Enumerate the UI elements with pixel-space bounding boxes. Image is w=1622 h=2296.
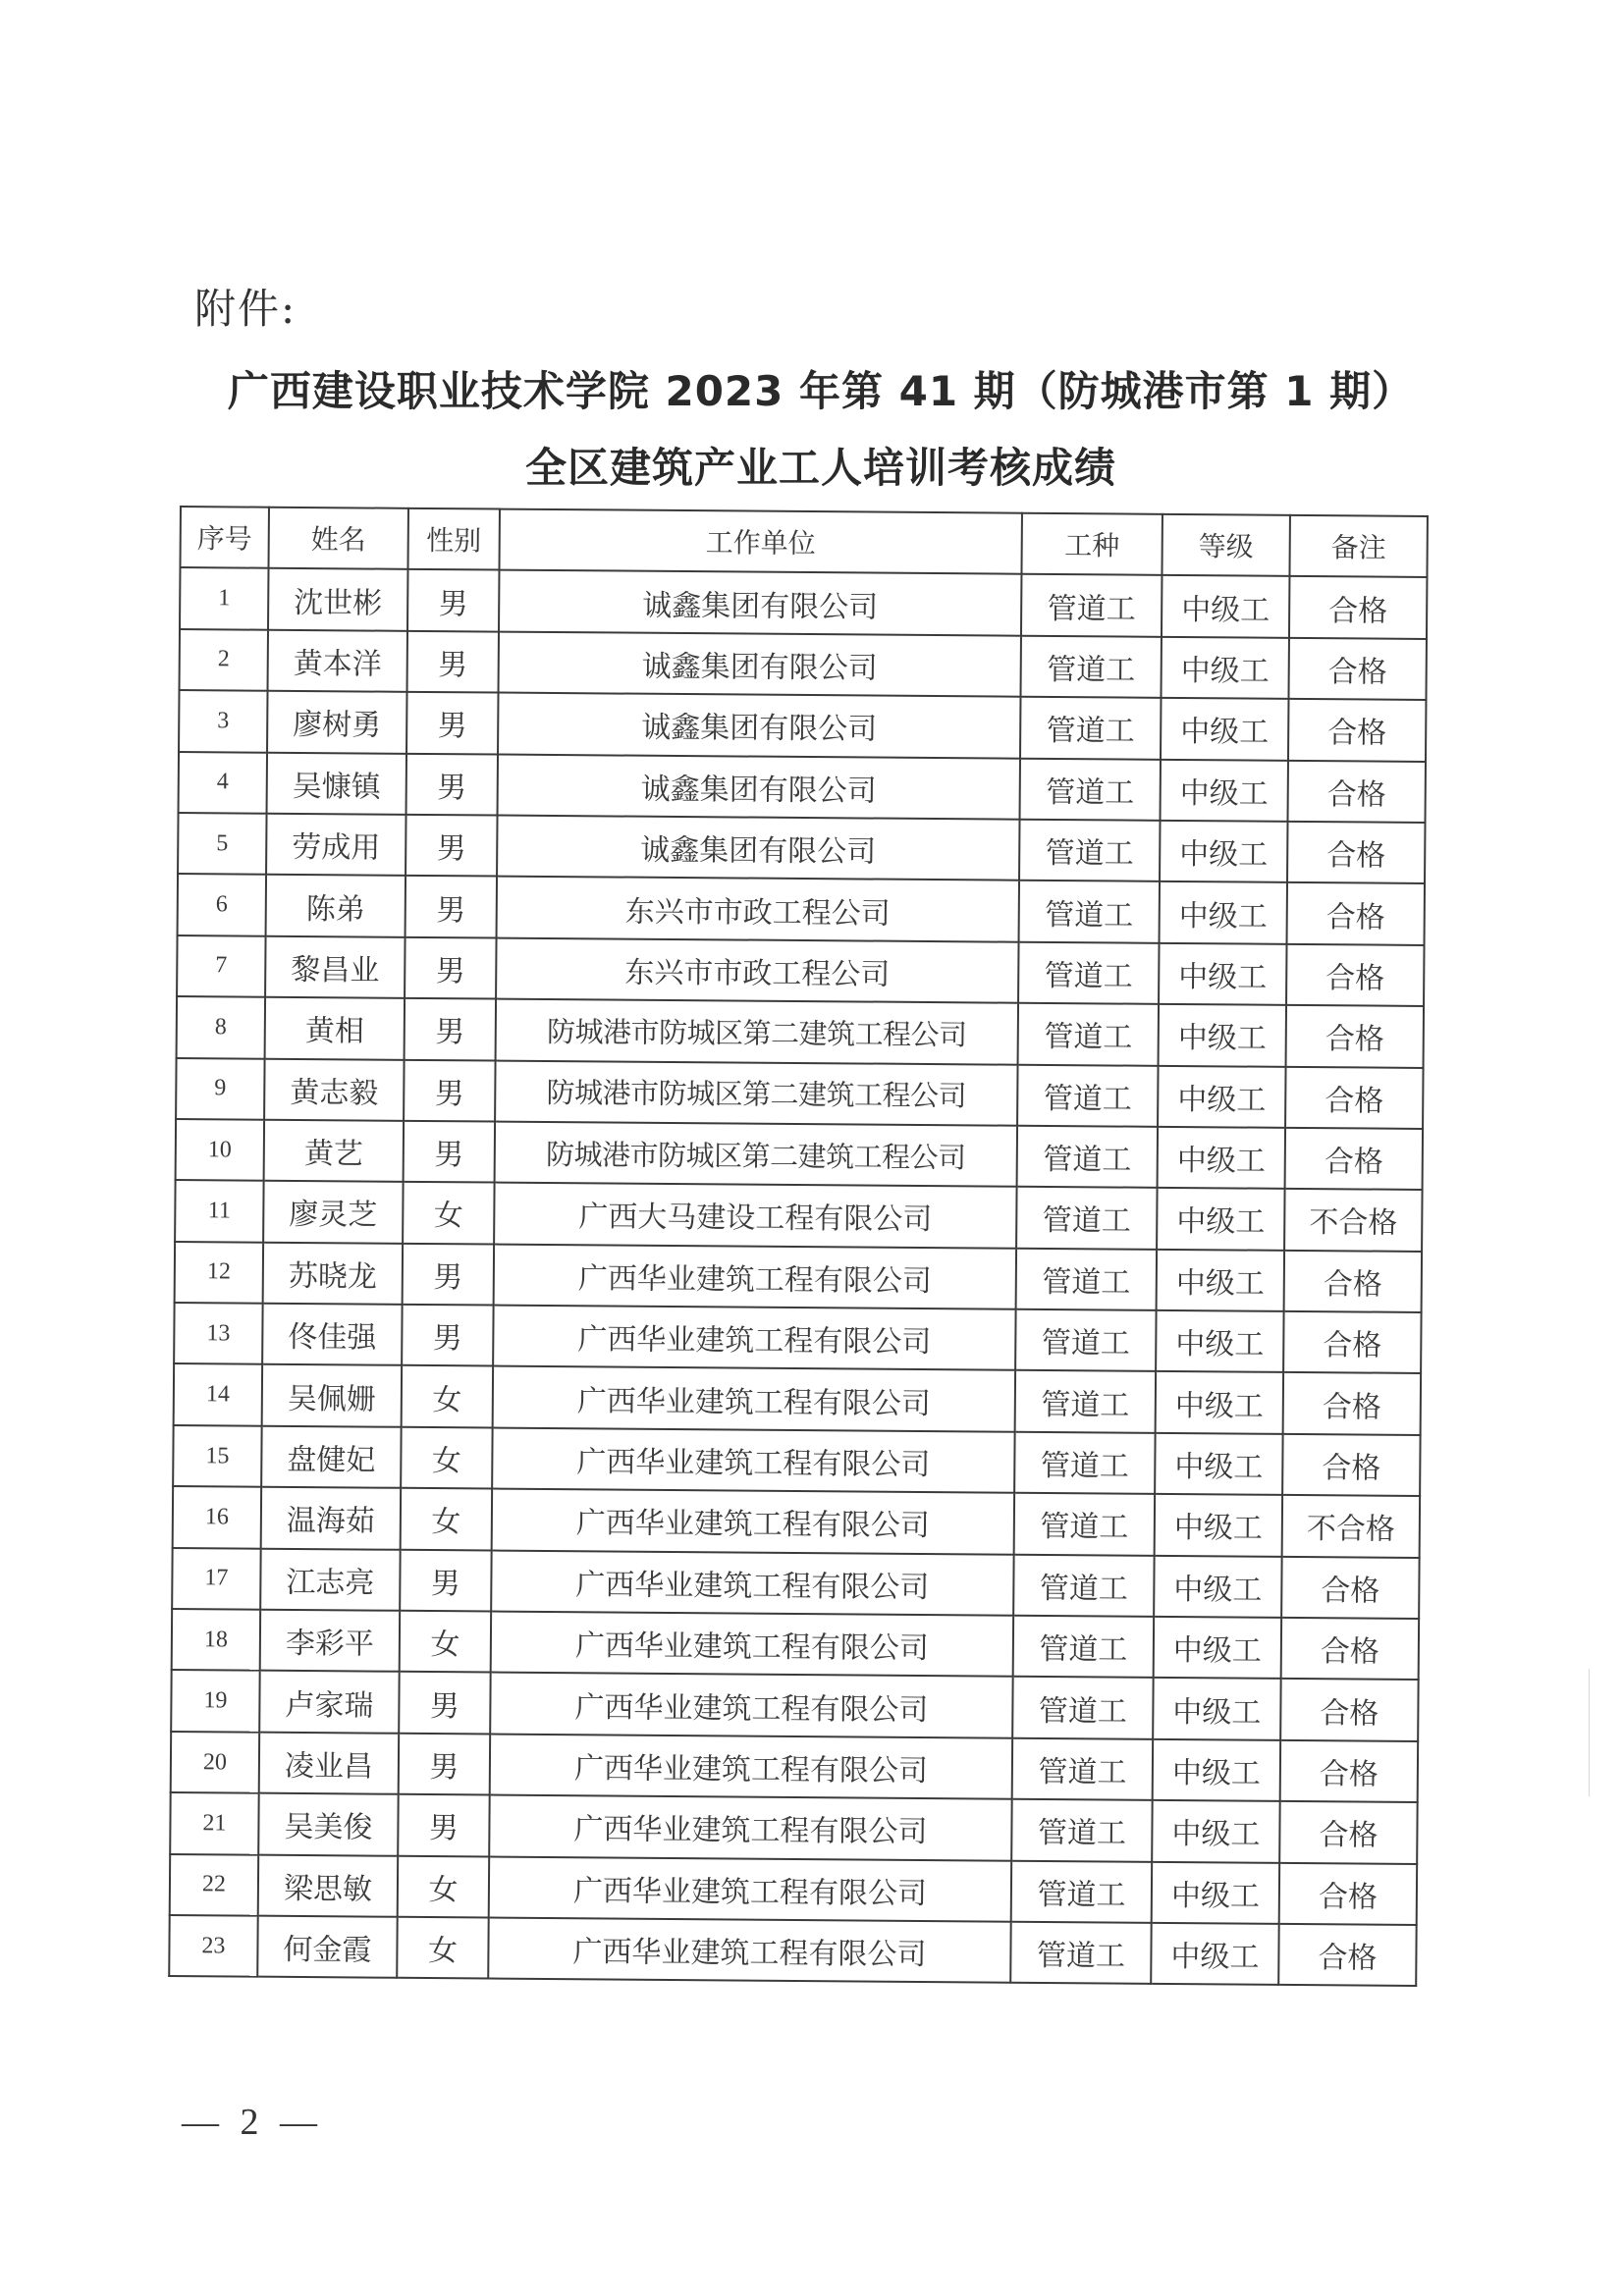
- header-gender: 性别: [407, 508, 499, 570]
- cell-level: 中级工: [1154, 1555, 1281, 1617]
- cell-gender: 女: [401, 1427, 492, 1489]
- cell-gender: 男: [402, 1305, 493, 1366]
- cell-org: 防城港市防城区第二建筑工程公司: [496, 999, 1018, 1065]
- header-remark: 备注: [1289, 515, 1427, 577]
- header-no: 序号: [181, 507, 269, 568]
- cell-remark: 合格: [1288, 638, 1426, 700]
- cell-level: 中级工: [1157, 1250, 1284, 1311]
- cell-name: 佟佳强: [262, 1304, 402, 1366]
- cell-gender: 男: [406, 753, 498, 815]
- cell-trade: 管道工: [1014, 1493, 1155, 1556]
- cell-org: 广西华业建筑工程有限公司: [491, 1612, 1013, 1678]
- cell-trade: 管道工: [1017, 1064, 1158, 1127]
- cell-trade: 管道工: [1020, 697, 1161, 760]
- cell-gender: 男: [403, 1243, 494, 1305]
- cell-remark: 合格: [1279, 1862, 1417, 1924]
- cell-remark: 合格: [1286, 944, 1424, 1006]
- cell-no: 15: [173, 1425, 261, 1487]
- cell-remark: 合格: [1288, 699, 1426, 761]
- document-subtitle: 全区建筑产业工人培训考核成绩: [0, 436, 1622, 495]
- scan-artifact-line: [1589, 1669, 1590, 1796]
- cell-trade: 管道工: [1019, 820, 1160, 882]
- cell-gender: 男: [407, 569, 499, 631]
- cell-remark: 合格: [1286, 1005, 1424, 1067]
- cell-name: 沈世彬: [268, 568, 407, 631]
- cell-name: 卢家瑞: [259, 1671, 399, 1734]
- document-title: 广西建设职业技术学院 2023 年第 41 期（防城港市第 1 期）: [0, 359, 1622, 418]
- cell-trade: 管道工: [1016, 1248, 1157, 1310]
- table-row: 2黄本洋男诚鑫集团有限公司管道工中级工合格: [180, 629, 1427, 700]
- cell-name: 陈弟: [266, 875, 405, 937]
- cell-level: 中级工: [1151, 1923, 1278, 1985]
- cell-trade: 管道工: [1015, 1370, 1156, 1433]
- cell-gender: 男: [407, 631, 499, 693]
- cell-trade: 管道工: [1020, 636, 1161, 699]
- table-row: 15盘健妃女广西华业建筑工程有限公司管道工中级工合格: [173, 1425, 1420, 1496]
- table-row: 16温海茹女广西华业建筑工程有限公司管道工中级工不合格: [173, 1486, 1420, 1557]
- cell-level: 中级工: [1156, 1310, 1283, 1372]
- cell-org: 广西华业建筑工程有限公司: [490, 1734, 1012, 1799]
- cell-remark: 不合格: [1282, 1495, 1420, 1557]
- cell-name: 江志亮: [260, 1548, 400, 1611]
- table-row: 23何金霞女广西华业建筑工程有限公司管道工中级工合格: [169, 1915, 1416, 1986]
- cell-gender: 男: [400, 1549, 491, 1611]
- table-row: 5劳成用男诚鑫集团有限公司管道工中级工合格: [178, 813, 1425, 883]
- cell-no: 14: [174, 1363, 262, 1425]
- cell-level: 中级工: [1161, 759, 1288, 821]
- cell-trade: 管道工: [1014, 1432, 1155, 1495]
- cell-remark: 合格: [1281, 1618, 1419, 1680]
- table-row: 12苏晓龙男广西华业建筑工程有限公司管道工中级工合格: [175, 1242, 1422, 1312]
- cell-gender: 女: [401, 1488, 492, 1550]
- cell-trade: 管道工: [1013, 1554, 1154, 1617]
- attachment-label: 附件:: [194, 277, 297, 336]
- table-row: 3廖树勇男诚鑫集团有限公司管道工中级工合格: [179, 690, 1426, 761]
- cell-level: 中级工: [1158, 1065, 1285, 1127]
- cell-org: 广西大马建设工程有限公司: [494, 1183, 1016, 1249]
- table-row: 20凌业昌男广西华业建筑工程有限公司管道工中级工合格: [171, 1732, 1418, 1802]
- table-row: 22梁思敏女广西华业建筑工程有限公司管道工中级工合格: [170, 1854, 1417, 1925]
- cell-trade: 管道工: [1016, 1187, 1157, 1250]
- cell-remark: 不合格: [1284, 1189, 1422, 1251]
- header-level: 等级: [1162, 514, 1289, 576]
- cell-name: 苏晓龙: [263, 1242, 403, 1305]
- cell-remark: 合格: [1283, 1372, 1421, 1434]
- cell-trade: 管道工: [1018, 1003, 1159, 1066]
- cell-gender: 女: [403, 1182, 494, 1244]
- table-row: 9黄志毅男防城港市防城区第二建筑工程公司管道工中级工合格: [176, 1058, 1423, 1129]
- cell-gender: 男: [404, 1059, 495, 1121]
- cell-org: 防城港市防城区第二建筑工程公司: [495, 1121, 1017, 1187]
- cell-gender: 男: [399, 1734, 490, 1795]
- cell-gender: 男: [405, 998, 496, 1060]
- cell-gender: 男: [405, 876, 497, 937]
- cell-remark: 合格: [1279, 1801, 1417, 1863]
- cell-no: 1: [180, 567, 268, 629]
- table-row: 18李彩平女广西华业建筑工程有限公司管道工中级工合格: [172, 1609, 1419, 1680]
- cell-gender: 女: [402, 1365, 493, 1427]
- cell-org: 诚鑫集团有限公司: [499, 631, 1021, 697]
- cell-trade: 管道工: [1010, 1922, 1151, 1985]
- cell-name: 劳成用: [266, 814, 405, 877]
- cell-org: 广西华业建筑工程有限公司: [492, 1427, 1014, 1493]
- table-row: 19卢家瑞男广西华业建筑工程有限公司管道工中级工合格: [171, 1670, 1418, 1740]
- cell-gender: 男: [406, 692, 498, 754]
- cell-trade: 管道工: [1012, 1677, 1153, 1739]
- cell-level: 中级工: [1155, 1494, 1282, 1556]
- header-name: 姓名: [268, 507, 407, 570]
- table-row: 7黎昌业男东兴市市政工程公司管道工中级工合格: [177, 935, 1424, 1006]
- cell-no: 5: [178, 813, 266, 875]
- cell-trade: 管道工: [1018, 941, 1159, 1004]
- cell-level: 中级工: [1157, 1188, 1284, 1250]
- cell-no: 17: [172, 1548, 260, 1610]
- cell-level: 中级工: [1162, 575, 1289, 637]
- cell-name: 吴慷镇: [267, 752, 406, 815]
- cell-trade: 管道工: [1011, 1799, 1152, 1862]
- cell-gender: 男: [399, 1672, 490, 1734]
- cell-name: 黄志毅: [264, 1058, 404, 1121]
- table-header-row: 序号 姓名 性别 工作单位 工种 等级 备注: [181, 507, 1428, 577]
- cell-name: 温海茹: [261, 1487, 401, 1550]
- cell-name: 梁思敏: [258, 1854, 398, 1917]
- cell-org: 诚鑫集团有限公司: [499, 570, 1021, 636]
- cell-name: 黄本洋: [268, 629, 407, 692]
- cell-trade: 管道工: [1013, 1616, 1154, 1679]
- cell-gender: 女: [398, 1855, 489, 1917]
- cell-no: 8: [177, 996, 265, 1058]
- cell-name: 吴美俊: [258, 1793, 398, 1856]
- cell-no: 16: [173, 1486, 261, 1548]
- cell-gender: 女: [400, 1611, 491, 1673]
- table-row: 17江志亮男广西华业建筑工程有限公司管道工中级工合格: [172, 1548, 1419, 1619]
- cell-no: 20: [171, 1732, 259, 1793]
- table-body: 1沈世彬男诚鑫集团有限公司管道工中级工合格 2黄本洋男诚鑫集团有限公司管道工中级…: [169, 567, 1427, 1986]
- table-row: 6陈弟男东兴市市政工程公司管道工中级工合格: [178, 874, 1425, 944]
- cell-trade: 管道工: [1021, 574, 1162, 637]
- cell-name: 黄艺: [264, 1120, 404, 1183]
- table-row: 13佟佳强男广西华业建筑工程有限公司管道工中级工合格: [174, 1303, 1421, 1373]
- cell-org: 广西华业建筑工程有限公司: [489, 1856, 1011, 1922]
- cell-remark: 合格: [1280, 1679, 1418, 1740]
- cell-no: 21: [170, 1792, 258, 1854]
- cell-name: 盘健妃: [261, 1426, 401, 1489]
- cell-no: 19: [171, 1670, 259, 1732]
- cell-org: 广西华业建筑工程有限公司: [493, 1366, 1015, 1432]
- cell-no: 4: [179, 752, 267, 814]
- cell-name: 黄相: [265, 997, 405, 1060]
- cell-no: 22: [170, 1854, 258, 1916]
- cell-gender: 男: [405, 937, 496, 999]
- cell-remark: 合格: [1284, 1251, 1422, 1312]
- cell-no: 11: [175, 1180, 263, 1242]
- table-row: 4吴慷镇男诚鑫集团有限公司管道工中级工合格: [179, 752, 1426, 823]
- cell-no: 23: [169, 1915, 257, 1977]
- cell-remark: 合格: [1288, 760, 1426, 822]
- cell-level: 中级工: [1154, 1617, 1281, 1679]
- cell-name: 吴佩姗: [262, 1364, 402, 1427]
- cell-name: 黎昌业: [265, 935, 405, 998]
- cell-no: 10: [176, 1119, 264, 1181]
- cell-gender: 男: [405, 815, 497, 877]
- cell-level: 中级工: [1160, 821, 1287, 882]
- cell-name: 廖灵芝: [263, 1181, 403, 1244]
- table-row: 14吴佩姗女广西华业建筑工程有限公司管道工中级工合格: [174, 1363, 1421, 1434]
- results-table: 序号 姓名 性别 工作单位 工种 等级 备注 1沈世彬男诚鑫集团有限公司管道工中…: [168, 506, 1429, 1987]
- cell-org: 诚鑫集团有限公司: [498, 754, 1020, 820]
- cell-no: 12: [175, 1242, 263, 1304]
- cell-org: 广西华业建筑工程有限公司: [489, 1795, 1011, 1861]
- cell-trade: 管道工: [1015, 1309, 1156, 1372]
- cell-name: 凌业昌: [259, 1732, 399, 1794]
- cell-org: 广西华业建筑工程有限公司: [493, 1306, 1015, 1371]
- cell-gender: 男: [398, 1794, 489, 1856]
- cell-org: 广西华业建筑工程有限公司: [494, 1244, 1016, 1309]
- cell-org: 广西华业建筑工程有限公司: [492, 1489, 1014, 1555]
- cell-name: 廖树勇: [267, 691, 406, 754]
- header-trade: 工种: [1021, 513, 1162, 576]
- cell-remark: 合格: [1281, 1556, 1419, 1618]
- table-row: 8黄相男防城港市防城区第二建筑工程公司管道工中级工合格: [177, 996, 1424, 1067]
- cell-remark: 合格: [1287, 822, 1425, 883]
- cell-remark: 合格: [1280, 1740, 1418, 1802]
- cell-remark: 合格: [1278, 1924, 1416, 1986]
- cell-level: 中级工: [1159, 1004, 1286, 1066]
- cell-gender: 男: [404, 1121, 495, 1183]
- table-row: 1沈世彬男诚鑫集团有限公司管道工中级工合格: [180, 567, 1427, 638]
- cell-org: 防城港市防城区第二建筑工程公司: [495, 1060, 1017, 1126]
- cell-remark: 合格: [1287, 882, 1425, 944]
- cell-no: 9: [176, 1058, 264, 1120]
- cell-level: 中级工: [1158, 1127, 1285, 1189]
- cell-trade: 管道工: [1020, 758, 1161, 821]
- cell-level: 中级工: [1161, 637, 1288, 699]
- cell-no: 2: [180, 629, 268, 691]
- cell-remark: 合格: [1285, 1066, 1423, 1128]
- cell-org: 诚鑫集团有限公司: [497, 816, 1019, 881]
- cell-org: 广西华业建筑工程有限公司: [488, 1918, 1010, 1984]
- cell-no: 3: [179, 690, 267, 752]
- cell-level: 中级工: [1159, 943, 1286, 1005]
- cell-org: 广西华业建筑工程有限公司: [491, 1550, 1013, 1616]
- cell-org: 诚鑫集团有限公司: [498, 693, 1020, 759]
- cell-trade: 管道工: [1011, 1860, 1152, 1923]
- cell-level: 中级工: [1161, 698, 1288, 760]
- cell-org: 东兴市市政工程公司: [497, 877, 1019, 942]
- table-row: 11廖灵芝女广西大马建设工程有限公司管道工中级工不合格: [175, 1180, 1422, 1251]
- cell-remark: 合格: [1285, 1128, 1423, 1190]
- cell-no: 7: [177, 935, 265, 997]
- cell-level: 中级工: [1152, 1800, 1279, 1862]
- cell-trade: 管道工: [1012, 1738, 1153, 1801]
- cell-remark: 合格: [1282, 1434, 1420, 1496]
- table-row: 21吴美俊男广西华业建筑工程有限公司管道工中级工合格: [170, 1792, 1417, 1863]
- cell-remark: 合格: [1289, 576, 1427, 638]
- cell-level: 中级工: [1160, 881, 1287, 943]
- cell-level: 中级工: [1153, 1678, 1280, 1739]
- cell-level: 中级工: [1153, 1739, 1280, 1801]
- header-org: 工作单位: [499, 509, 1021, 575]
- page-number: — 2 —: [182, 2101, 323, 2144]
- cell-org: 广西华业建筑工程有限公司: [490, 1673, 1012, 1738]
- cell-name: 何金霞: [257, 1916, 397, 1979]
- cell-trade: 管道工: [1017, 1126, 1158, 1189]
- cell-level: 中级工: [1156, 1371, 1283, 1433]
- cell-level: 中级工: [1152, 1861, 1279, 1923]
- cell-no: 6: [178, 874, 266, 935]
- cell-remark: 合格: [1283, 1311, 1421, 1373]
- cell-level: 中级工: [1155, 1433, 1282, 1495]
- cell-no: 18: [172, 1609, 260, 1671]
- table-row: 10黄艺男防城港市防城区第二建筑工程公司管道工中级工合格: [176, 1119, 1423, 1190]
- cell-org: 东兴市市政工程公司: [496, 937, 1018, 1003]
- cell-name: 李彩平: [260, 1610, 400, 1673]
- cell-trade: 管道工: [1019, 881, 1160, 943]
- cell-no: 13: [174, 1303, 262, 1364]
- cell-gender: 女: [397, 1917, 488, 1979]
